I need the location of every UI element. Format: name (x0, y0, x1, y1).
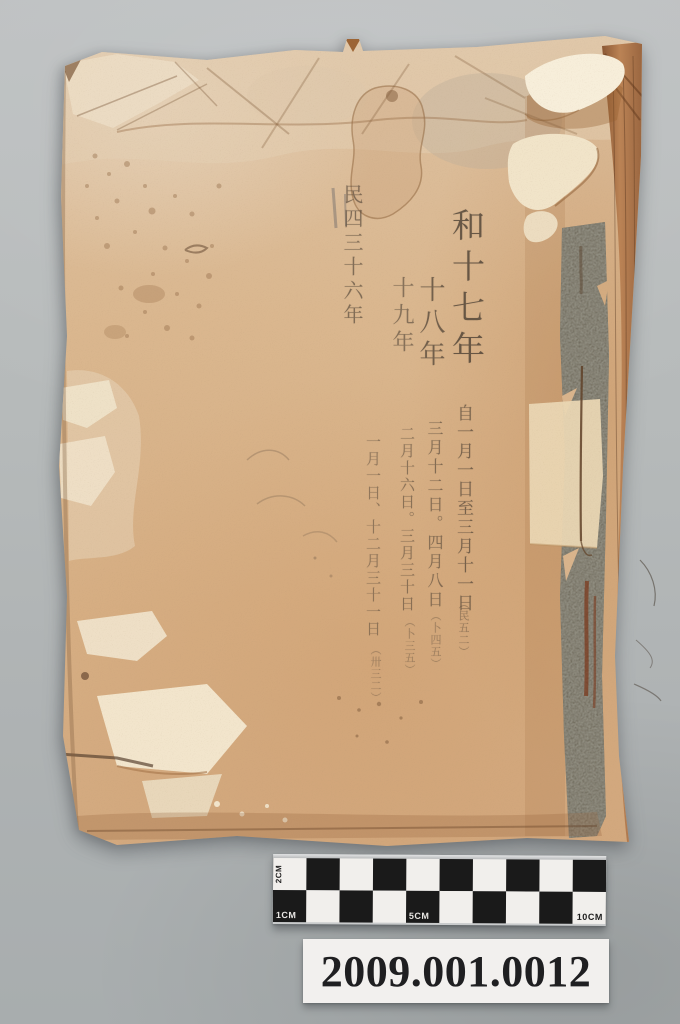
inscription-note-3: （卜三五） (401, 616, 417, 676)
inscription-year-showa17: 和十七年 (443, 208, 490, 372)
checker-row-bottom (273, 890, 606, 924)
inscription-dates-1: 自一月一日至三月十一日 (451, 404, 476, 613)
inscription-dates-4: 一月一日、十二月三十一日 (363, 434, 384, 638)
inscription-year-19: 十九年 (386, 276, 417, 357)
inscription-note-2: （卜四五） (427, 610, 443, 670)
scale-card: 2CM 1CM 5CM 10CM (273, 854, 606, 926)
book-wrap: 和十七年 十八年 十九年 民四三十六年 自一月一日至三月十一日 三月十二日。四月… (57, 36, 642, 848)
inscription-year-min36: 民四三十六年 (338, 184, 367, 328)
scale-label-vertical: 2CM (275, 865, 283, 883)
book-damage-art (57, 36, 642, 848)
inscription-dates-3: 二月十六日。三月三十日 (397, 426, 418, 613)
catalog-number: 2009.001.0012 (321, 946, 592, 997)
inscription-dates-2: 三月十二日。四月八日 (423, 420, 446, 610)
checker-row-top (273, 858, 606, 892)
scale-label-10cm: 10CM (577, 913, 603, 922)
inscription-year-18: 十八年 (412, 276, 449, 372)
scale-label-5cm: 5CM (409, 912, 430, 921)
photo-background: 和十七年 十八年 十九年 民四三十六年 自一月一日至三月十一日 三月十二日。四月… (0, 0, 680, 1024)
inscription-note-4: （卅三二） (367, 644, 383, 704)
catalog-number-card: 2009.001.0012 (303, 939, 609, 1003)
scale-label-1cm: 1CM (276, 911, 297, 920)
book-cover: 和十七年 十八年 十九年 民四三十六年 自一月一日至三月十一日 三月十二日。四月… (57, 36, 642, 848)
inscription-note-1: （民五二） (455, 598, 471, 658)
